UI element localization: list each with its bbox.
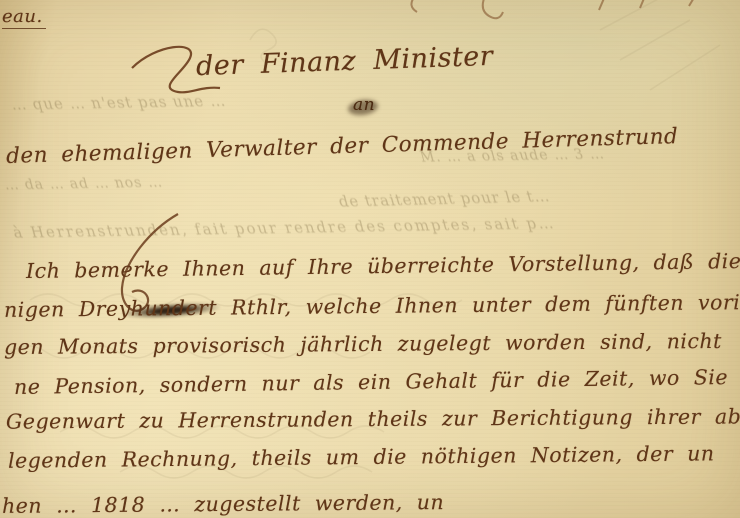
manuscript-page: eau. … que … n'est pas une … M. … a ols …: [0, 0, 740, 518]
preposition-an: an: [353, 95, 375, 115]
bleedthrough-line: … da … ad … nos …: [2, 175, 165, 194]
body-line: hen … 1818 … zugestellt werden, un: [2, 490, 444, 518]
top-edge-cutoff-strokes: [395, 0, 740, 22]
corner-fragment: eau.: [2, 6, 46, 29]
body-line: Gegenwart zu Herrenstrunden theils zur B…: [6, 404, 740, 433]
